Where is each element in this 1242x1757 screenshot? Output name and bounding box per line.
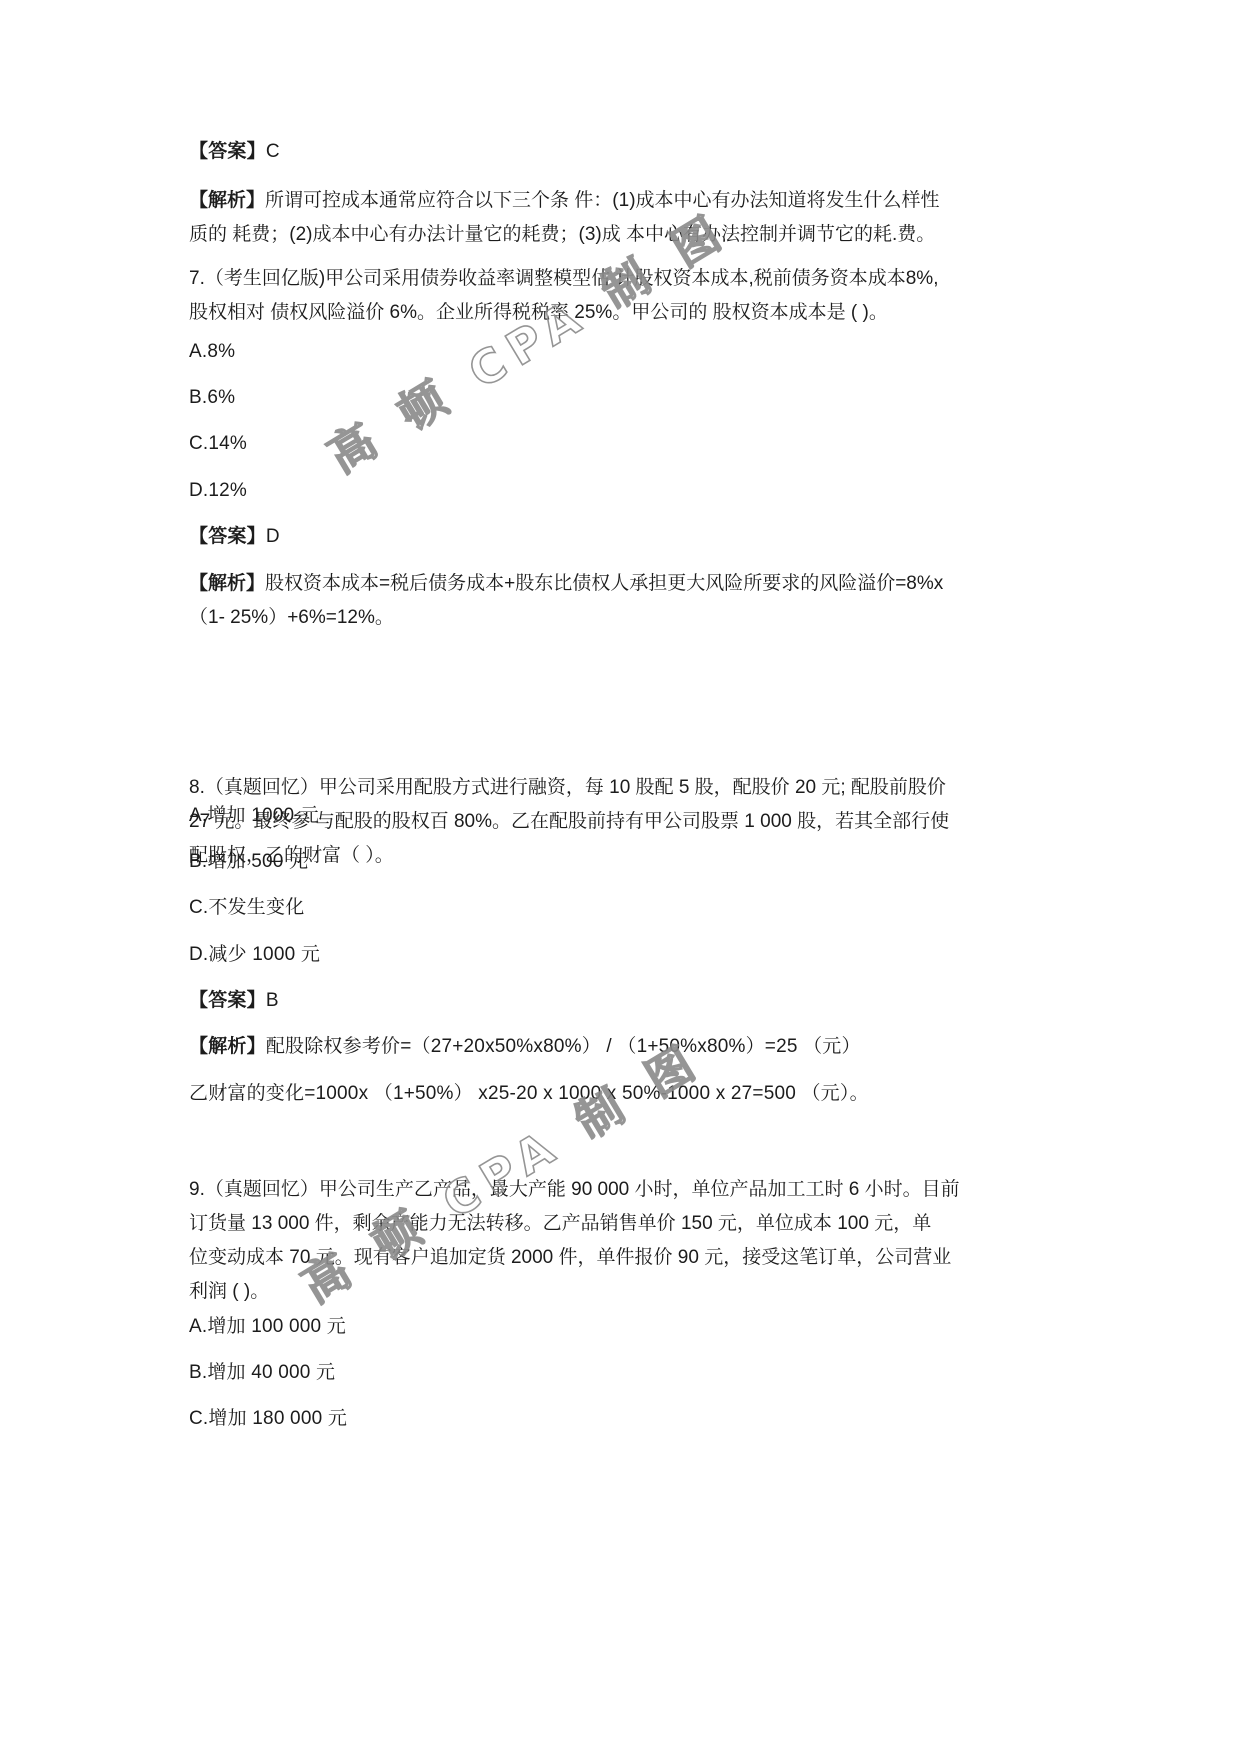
question-9-option-a: A.增加 100 000 元 — [189, 1315, 346, 1339]
question-7-option-d: D.12% — [189, 479, 247, 503]
question-7-option-c: C.14% — [189, 432, 247, 456]
question-8-option-a: A.增加 1000 元 — [189, 804, 319, 828]
stem-line: 7.（考生回亿版)甲公司采用债券收益率调整模型估 计股权资本成本,税前债务资本成… — [189, 262, 1059, 296]
stem-line: 利润 ( )。 — [189, 1275, 1059, 1309]
stem-line: 股权相对 债权风险溢价 6%。企业所得税税率 25%。甲公司的 股权资本成本是 … — [189, 296, 1059, 330]
stem-line: 8.（真题回忆）甲公司采用配股方式进行融资，每 10 股配 5 股，配股价 20… — [189, 771, 1059, 805]
question-7-answer: 【答案】D — [189, 525, 280, 549]
analysis-line: 质的 耗费；(2)成本中心有办法计量它的耗费；(3)成 本中心有办法控制并调节它… — [189, 218, 1059, 252]
stem-line: 位变动成本 70 元。现有客户追加定货 2000 件，单件报价 90 元，接受这… — [189, 1241, 1059, 1275]
question-7-option-a: A.8% — [189, 340, 235, 364]
question-7-option-b: B.6% — [189, 386, 235, 410]
question-8-stem: 8.（真题回忆）甲公司采用配股方式进行融资，每 10 股配 5 股，配股价 20… — [189, 771, 1059, 873]
question-7-analysis: 【解析】股权资本成本=税后债务成本+股东比债权人承担更大风险所要求的风险溢价=8… — [189, 567, 1059, 635]
analysis-line: 【解析】股权资本成本=税后债务成本+股东比债权人承担更大风险所要求的风险溢价=8… — [189, 567, 1059, 601]
question-9-option-b: B.增加 40 000 元 — [189, 1361, 335, 1385]
question-8-option-d: D.减少 1000 元 — [189, 943, 320, 967]
stem-line: 9.（真题回忆）甲公司生产乙产品，最大产能 90 000 小时，单位产品加工工时… — [189, 1173, 1059, 1207]
answer-value: D — [266, 526, 280, 547]
question-8-option-b: B.增加 500 元 — [189, 850, 308, 874]
document-page: 【答案】C 【解析】所谓可控成本通常应符合以下三个条 件：(1)成本中心有办法知… — [0, 0, 1242, 1757]
prev-analysis: 【解析】所谓可控成本通常应符合以下三个条 件：(1)成本中心有办法知道将发生什么… — [189, 184, 1059, 252]
answer-value: B — [266, 990, 279, 1011]
question-9-stem: 9.（真题回忆）甲公司生产乙产品，最大产能 90 000 小时，单位产品加工工时… — [189, 1173, 1059, 1309]
question-8-answer: 【答案】B — [189, 989, 279, 1013]
answer-label: 【答案】 — [189, 141, 266, 162]
stem-line: 订货量 13 000 件，剩余产能力无法转移。乙产品销售单价 150 元，单位成… — [189, 1207, 1059, 1241]
question-9-option-c: C.增加 180 000 元 — [189, 1407, 347, 1431]
question-8-analysis-line-2: 乙财富的变化=1000x （1+50%） x25-20 x 1000 x 50%… — [189, 1082, 869, 1106]
question-8-analysis-line-1: 【解析】配股除权参考价=（27+20x50%x80%） / （1+50%x80%… — [189, 1035, 861, 1059]
answer-value: C — [266, 141, 280, 162]
question-7-stem: 7.（考生回亿版)甲公司采用债券收益率调整模型估 计股权资本成本,税前债务资本成… — [189, 262, 1059, 330]
answer-label: 【答案】 — [189, 526, 266, 547]
analysis-label: 【解析】 — [189, 1036, 266, 1057]
answer-label: 【答案】 — [189, 990, 266, 1011]
prev-answer: 【答案】C — [189, 140, 280, 164]
analysis-line: （1- 25%）+6%=12%。 — [189, 601, 1059, 635]
stem-line: 配股权，乙的财富（ ）。 — [189, 839, 1059, 873]
stem-line: 27 元。最终参 与配股的股权百 80%。乙在配股前持有甲公司股票 1 000 … — [189, 805, 1059, 839]
analysis-label: 【解析】 — [189, 573, 265, 594]
analysis-line: 【解析】所谓可控成本通常应符合以下三个条 件：(1)成本中心有办法知道将发生什么… — [189, 184, 1059, 218]
question-8-option-c: C.不发生变化 — [189, 896, 304, 920]
analysis-label: 【解析】 — [189, 190, 265, 211]
